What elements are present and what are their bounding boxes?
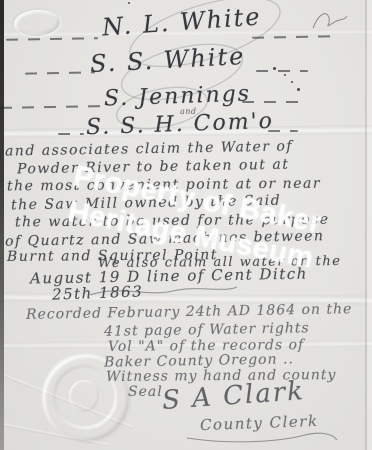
signature-3: S. Jennings	[104, 81, 252, 111]
dash-rule	[256, 70, 308, 72]
scan-edge	[0, 0, 4, 450]
dash-rule	[25, 71, 95, 74]
ink-spot	[284, 74, 286, 76]
paper-edge	[367, 0, 372, 450]
ink-spot	[291, 81, 293, 83]
dash-rule	[6, 37, 98, 41]
document-scan: N. L. White S. S. White S. Jennings S. S…	[0, 0, 372, 450]
seal-emblem	[69, 380, 99, 412]
dash-rule	[0, 105, 102, 109]
interline-note: and	[180, 107, 197, 116]
handwritten-line: 25th 1863	[52, 282, 144, 303]
ink-spot	[273, 67, 276, 70]
dash-rule	[58, 133, 84, 135]
paper-edge	[365, 0, 367, 450]
ink-spot	[297, 88, 300, 91]
recorded-line: Seal	[128, 384, 163, 400]
ink-spot	[128, 2, 130, 4]
